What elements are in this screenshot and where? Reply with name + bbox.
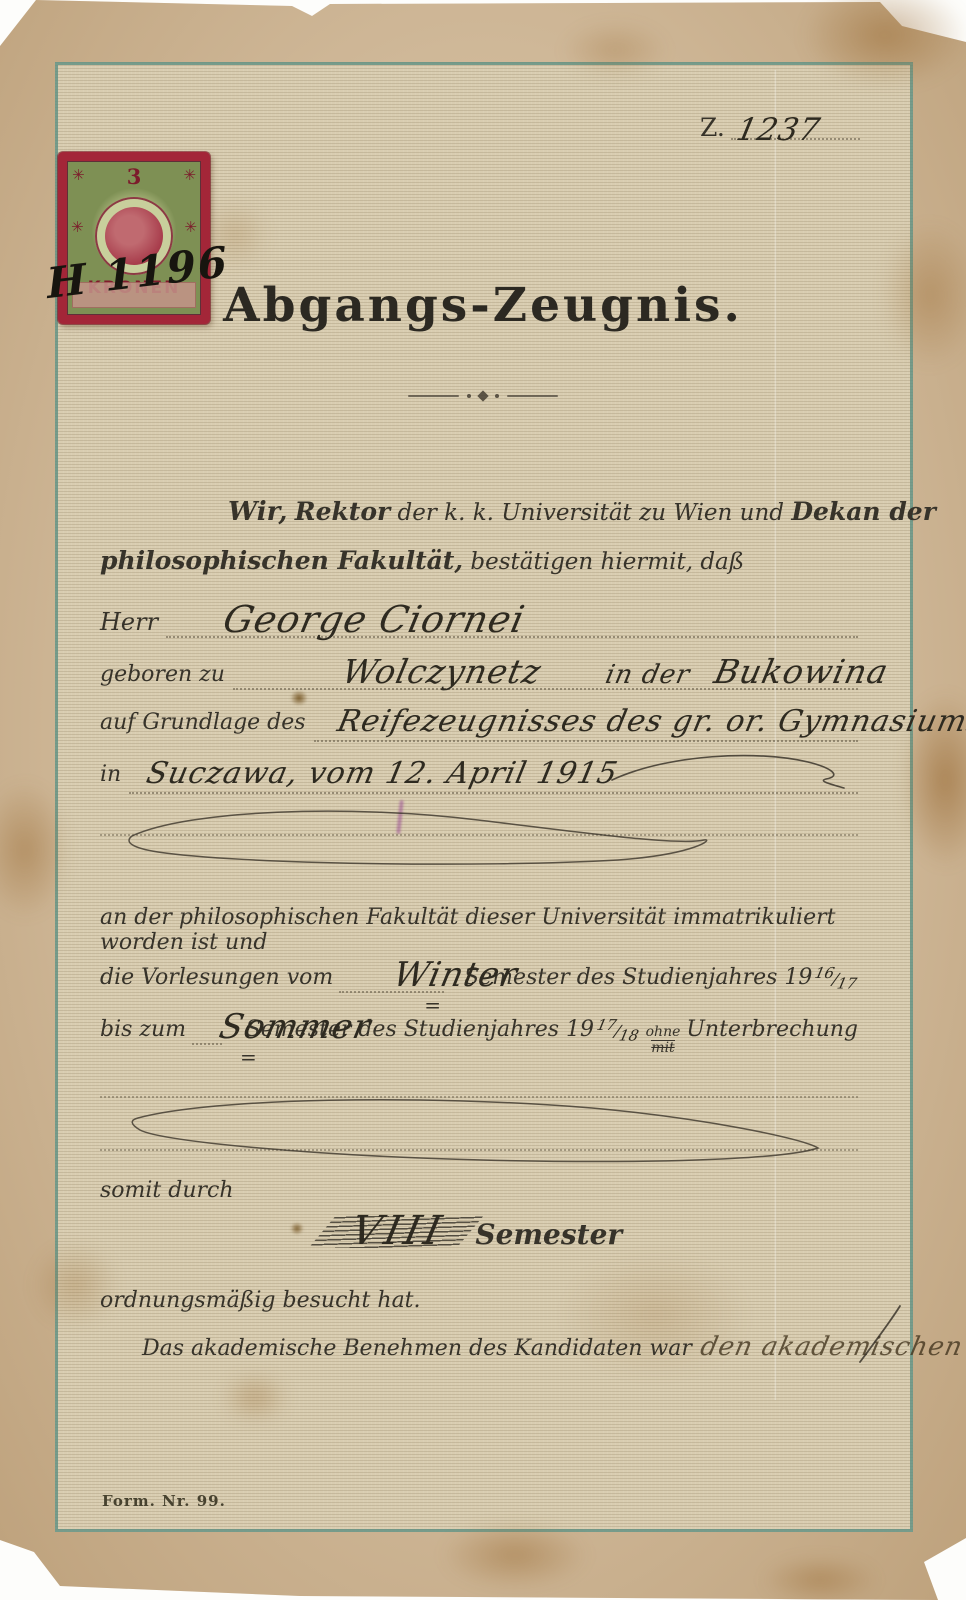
- mit-option-struck: mit: [651, 1040, 674, 1056]
- bis-label: bis zum: [100, 1017, 186, 1042]
- benehmen-value: den akademischen —: [698, 1332, 966, 1362]
- intro-wir: Wir,: [228, 497, 287, 527]
- place-date-row: in Suczawa, vom 12. April 1915: [100, 754, 858, 794]
- hatch-strikeout: [309, 1216, 484, 1248]
- semester-word: Semester: [475, 1218, 622, 1251]
- winter-semester-row: die Vorlesungen vom Winter = Semester de…: [100, 953, 858, 993]
- semester-count-struck: VIII: [352, 1208, 444, 1254]
- ohne-option: ohne: [646, 1025, 681, 1040]
- student-name: George Ciornei: [220, 598, 530, 641]
- herr-label: Herr: [100, 608, 158, 636]
- stamp-value: 3: [68, 164, 200, 189]
- reference-label: Z.: [700, 113, 725, 142]
- place-date-value: Suczawa, vom 12. April 1915: [143, 756, 621, 791]
- semester-count-row: VIII Semester: [352, 1208, 622, 1254]
- reference-number: 1237: [733, 112, 824, 148]
- unterbrechung-label: Unterbrechung: [686, 1017, 858, 1042]
- vorlesungen-label: die Vorlesungen vom: [100, 965, 333, 990]
- ornament-icon: ✳: [183, 168, 196, 183]
- sommer-value: Sommer: [216, 1007, 375, 1047]
- birthplace-row: geboren zu Wolczynetz in der Bukowina: [100, 650, 858, 690]
- intro-line-2: philosophischen Fakultät, bestätigen hie…: [100, 546, 744, 575]
- divider-ornament: [408, 392, 558, 400]
- somit-label: somit durch: [100, 1178, 234, 1203]
- crossing-loop-flourish: [118, 798, 728, 874]
- reference-row: Z. 1237: [700, 108, 860, 142]
- intro-dekan: Dekan der: [791, 497, 936, 526]
- sommer-semester-row: bis zum Sommer = Semester des Studienjah…: [100, 1005, 858, 1057]
- pen-stroke: [856, 1302, 906, 1366]
- grundlage-value: Reifezeugnisses des gr. or. Gymnasiums-: [334, 704, 966, 739]
- document-title: Abgangs-Zeugnis.: [0, 278, 966, 333]
- winter-value: Winter: [390, 955, 522, 995]
- grundlage-label: auf Grundlage des: [100, 710, 306, 735]
- matriculation-line: an der philosophischen Fakultät dieser U…: [100, 905, 870, 955]
- crossing-loop-flourish: [122, 1090, 838, 1170]
- region-value: Bukowina: [711, 652, 892, 691]
- in-label: in: [100, 762, 121, 787]
- studienjahr-2: 17/18: [593, 1016, 643, 1045]
- ornament-icon: ✳: [184, 220, 197, 235]
- besucht-line: ordnungsmäßig besucht hat.: [100, 1288, 421, 1313]
- birthplace-value: Wolczynetz: [339, 652, 545, 691]
- grundlage-row: auf Grundlage des Reifezeugnisses des gr…: [100, 702, 858, 742]
- in-der-value: in der: [603, 660, 693, 690]
- name-row: Herr George Ciornei: [100, 596, 858, 638]
- studienjahr-1: 16/17: [811, 964, 861, 993]
- intro-mid: der k. k. Universität zu Wien und: [398, 500, 785, 526]
- geboren-label: geboren zu: [100, 662, 225, 687]
- ornament-icon: ✳: [71, 220, 84, 235]
- intro-rest: bestätigen hiermit, daß: [470, 549, 744, 575]
- intro-rektor: Rektor: [295, 497, 390, 526]
- intro-fakultaet: philosophischen Fakultät,: [100, 546, 463, 575]
- ornament-icon: ✳: [72, 168, 85, 183]
- scanned-document: Z. 1237 3 ✳ ✳ ✳ ✳ KRONEN H 1196 Abgangs-…: [0, 0, 966, 1600]
- form-number: Form. Nr. 99.: [102, 1492, 226, 1510]
- ohne-mit-option: ohne mit: [646, 1025, 681, 1057]
- intro-line-1: Wir, Rektor der k. k. Universität zu Wie…: [228, 497, 936, 527]
- benehmen-label: Das akademische Benehmen des Kandidaten …: [142, 1336, 692, 1361]
- benehmen-row: Das akademische Benehmen des Kandidaten …: [142, 1332, 966, 1362]
- pen-flourish: [608, 746, 848, 790]
